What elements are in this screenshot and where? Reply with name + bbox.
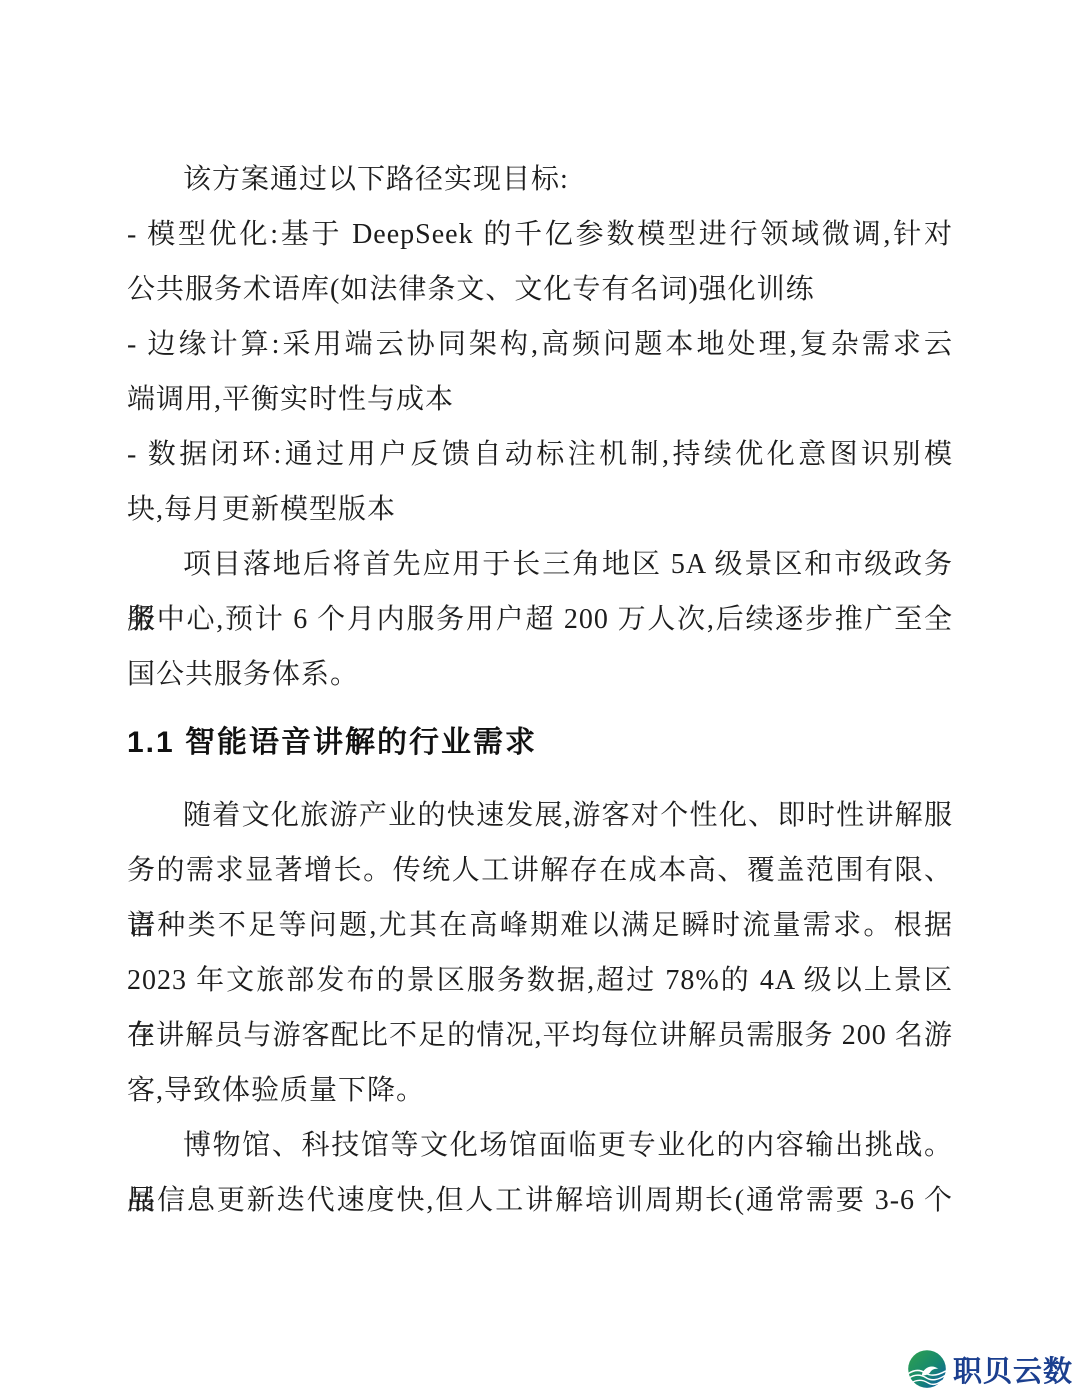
document-page: 该方案通过以下路径实现目标: - 模型优化:基于 DeepSeek 的千亿参数模… bbox=[0, 0, 1080, 1397]
footer-brand-logo: 职贝云数 bbox=[906, 1348, 1073, 1390]
paragraph-line: 言种类不足等问题,尤其在高峰期难以满足瞬时流量需求。根据 bbox=[127, 898, 953, 953]
paragraph-line: 博物馆、科技馆等文化场馆面临更专业化的内容输出挑战。展 bbox=[127, 1118, 953, 1173]
brand-name: 职贝云数 bbox=[953, 1349, 1073, 1390]
bullet-line-data-loop: - 数据闭环:通过用户反馈自动标注机制,持续优化意图识别模 bbox=[127, 427, 953, 482]
section-heading-1-1: 1.1 智能语音讲解的行业需求 bbox=[127, 715, 953, 770]
paragraph-line: 在讲解员与游客配比不足的情况,平均每位讲解员需服务 200 名游 bbox=[127, 1008, 953, 1063]
wave-globe-icon bbox=[906, 1348, 948, 1390]
paragraph-line: 块,每月更新模型版本 bbox=[127, 482, 953, 537]
paragraph-line: 客,导致体验质量下降。 bbox=[127, 1063, 953, 1118]
paragraph-line: 务中心,预计 6 个月内服务用户超 200 万人次,后续逐步推广至全 bbox=[127, 592, 953, 647]
paragraph-line: 务的需求显著增长。传统人工讲解存在成本高、覆盖范围有限、语 bbox=[127, 843, 953, 898]
bullet-line-model-optimization: - 模型优化:基于 DeepSeek 的千亿参数模型进行领域微调,针对 bbox=[127, 207, 953, 262]
paragraph-line: 国公共服务体系。 bbox=[127, 647, 953, 702]
paragraph-line: 2023 年文旅部发布的景区服务数据,超过 78%的 4A 级以上景区存 bbox=[127, 953, 953, 1008]
paragraph-line: 该方案通过以下路径实现目标: bbox=[127, 152, 953, 207]
paragraph-line: 端调用,平衡实时性与成本 bbox=[127, 372, 953, 427]
bullet-line-edge-computing: - 边缘计算:采用端云协同架构,高频问题本地处理,复杂需求云 bbox=[127, 317, 953, 372]
paragraph-line: 项目落地后将首先应用于长三角地区 5A 级景区和市级政务服 bbox=[127, 537, 953, 592]
paragraph-line: 品信息更新迭代速度快,但人工讲解培训周期长(通常需要 3-6 个 bbox=[127, 1173, 953, 1228]
paragraph-line: 随着文化旅游产业的快速发展,游客对个性化、即时性讲解服 bbox=[127, 788, 953, 843]
paragraph-line: 公共服务术语库(如法律条文、文化专有名词)强化训练 bbox=[127, 262, 953, 317]
document-body: 该方案通过以下路径实现目标: - 模型优化:基于 DeepSeek 的千亿参数模… bbox=[127, 152, 953, 1228]
